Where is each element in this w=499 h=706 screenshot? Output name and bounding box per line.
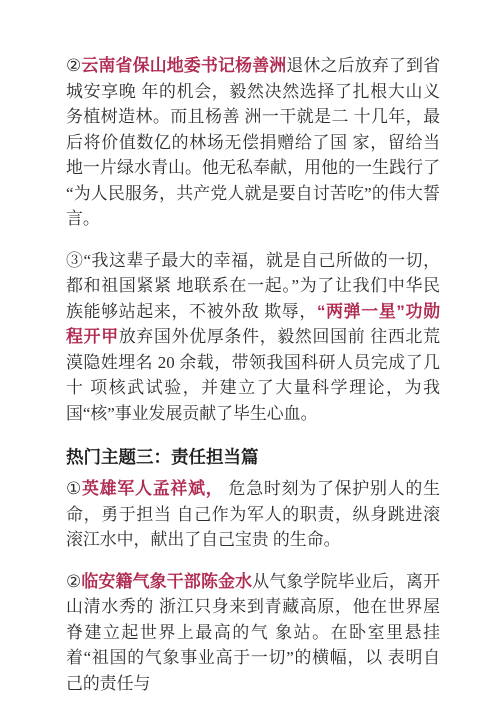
- body-text: 放弃国外优厚条件，毅然回国前 往西北荒漠隐姓埋名 20 余载，带领我国科研人员完…: [66, 327, 440, 423]
- highlighted-name-text: 云南省保山地委书记杨善洲: [81, 56, 286, 75]
- paragraph-meng-xiangbin: ①英雄军人孟祥斌， 危急时刻为了保护别人的生命，勇于担当 自己作为军人的职责，纵…: [66, 476, 440, 553]
- highlighted-name-text: 英雄军人孟祥斌，: [82, 479, 224, 498]
- paragraph-yang-shanzhou: ②云南省保山地委书记杨善洲退休之后放弃了到省城安享晚 年的机会，毅然决然选择了扎…: [66, 53, 440, 232]
- highlighted-name-text: 临安籍气象干部陈金水: [81, 572, 252, 591]
- body-text: ②: [66, 572, 81, 591]
- paragraph-chen-jinshui: ②临安籍气象干部陈金水从气象学院毕业后，离开山清水秀的 浙江只身来到青藏高原，他…: [66, 569, 440, 697]
- body-text: ②: [66, 56, 81, 75]
- body-text: ①: [66, 479, 82, 498]
- paragraph-cheng-kaijia: ③“我这辈子最大的幸福，就是自己所做的一切，都和祖国紧紧 地联系在一起。”为了让…: [66, 248, 440, 427]
- body-text: 退休之后放弃了到省城安享晚 年的机会，毅然决然选择了扎根大山义务植树造林。而且杨…: [66, 56, 440, 228]
- document-page: ②云南省保山地委书记杨善洲退休之后放弃了到省城安享晚 年的机会，毅然决然选择了扎…: [0, 0, 499, 706]
- section-heading: 热门主题三：责任担当篇: [66, 444, 440, 470]
